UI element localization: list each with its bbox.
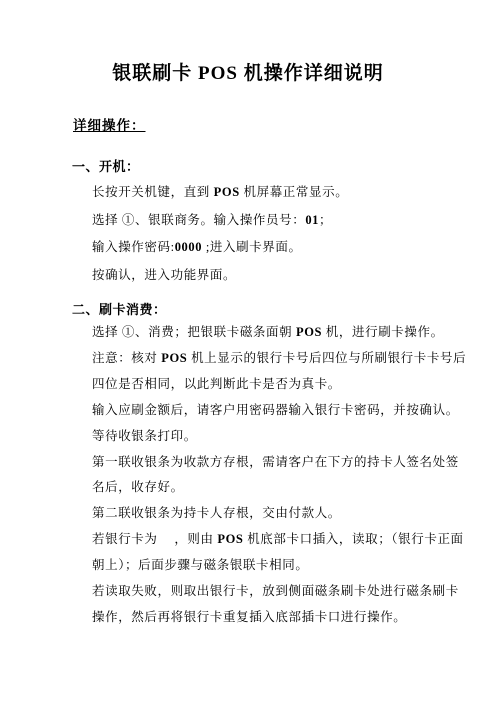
body-text: 机屏幕正常显示。 (240, 185, 349, 199)
body-text: 长按开关机键，直到 (92, 185, 214, 199)
body-text: 若银行卡为 ，则由 (92, 532, 217, 546)
text-line: 选择 ①、消费；把银联卡磁条面朝 POS 机，进行刷卡操作。 (92, 320, 462, 346)
body-text: ;进入刷卡界面。 (202, 240, 302, 254)
body-text: 若读取失败，则取出银行卡，放到侧面磁条刷卡处进行磁条刷卡 (92, 584, 459, 598)
section-heading-power-on: 一、开机： (72, 156, 140, 175)
body-text: 操作，然后再将银行卡重复插入底部插卡口进行操作。 (92, 610, 406, 624)
text-line: 等待收银条打印。 (92, 424, 462, 450)
body-text: 第一联收银条为收款方存根，需请客户在下方的持卡人签名处签 (92, 455, 459, 469)
emphasized-text: POS (214, 185, 240, 199)
document-subtitle: 详细操作： (73, 114, 152, 134)
document-page: 银联刷卡 POS 机操作详细说明 详细操作： 一、开机： 长按开关机键，直到 P… (0, 0, 496, 702)
body-text: 名后，收存好。 (92, 480, 184, 494)
emphasized-text: 01 (305, 213, 319, 227)
body-text: 四位是否相同，以此判断此卡是否为真卡。 (92, 377, 341, 391)
body-text: 等待收银条打印。 (92, 429, 197, 443)
body-text: ； (319, 213, 332, 227)
body-text: 机上显示的银行卡号后四位与所刷银行卡卡号后 (187, 351, 466, 365)
text-line: 朝上）；后面步骤与磁条银联卡相同。 (92, 553, 462, 579)
text-line: 若银行卡为 ，则由 POS 机底部卡口插入，读取；（银行卡正面 (92, 527, 462, 553)
body-text: 输入应刷金额后，请客户用密码器输入银行卡密码，并按确认。 (92, 403, 459, 417)
body-text: 输入操作密码: (92, 240, 175, 254)
text-line: 选择 ①、银联商务。输入操作员号：01； (92, 207, 462, 235)
emphasized-text: POS (217, 532, 243, 546)
emphasized-text: 0000 (175, 240, 202, 254)
text-line: 操作，然后再将银行卡重复插入底部插卡口进行操作。 (92, 605, 462, 631)
text-line: 第一联收银条为收款方存根，需请客户在下方的持卡人签名处签 (92, 450, 462, 476)
body-text: 第二联收银条为持卡人存根，交由付款人。 (92, 506, 341, 520)
body-text: 机，进行刷卡操作。 (322, 325, 444, 339)
body-text: 朝上）；后面步骤与磁条银联卡相同。 (92, 558, 308, 572)
text-line: 输入操作密码:0000 ;进入刷卡界面。 (92, 234, 462, 262)
emphasized-text: POS (296, 325, 322, 339)
emphasized-text: POS (161, 351, 187, 365)
body-text: 按确认，进入功能界面。 (92, 268, 236, 282)
section-heading-card-payment: 二、刷卡消费： (72, 299, 167, 318)
body-text: 机底部卡口插入，读取；（银行卡正面 (243, 532, 463, 546)
body-text: 选择 ①、消费；把银联卡磁条面朝 (92, 325, 296, 339)
text-line: 第二联收银条为持卡人存根，交由付款人。 (92, 501, 462, 527)
body-text: 选择 ①、银联商务。输入操作员号： (92, 213, 305, 227)
text-line: 按确认，进入功能界面。 (92, 262, 462, 290)
document-title: 银联刷卡 POS 机操作详细说明 (0, 58, 496, 85)
section-body-power-on: 长按开关机键，直到 POS 机屏幕正常显示。选择 ①、银联商务。输入操作员号：0… (92, 179, 462, 290)
text-line: 长按开关机键，直到 POS 机屏幕正常显示。 (92, 179, 462, 207)
section-body-card-payment: 选择 ①、消费；把银联卡磁条面朝 POS 机，进行刷卡操作。注意：核对 POS … (92, 320, 462, 631)
text-line: 四位是否相同，以此判断此卡是否为真卡。 (92, 372, 462, 398)
body-text: 注意：核对 (92, 351, 161, 365)
text-line: 输入应刷金额后，请客户用密码器输入银行卡密码，并按确认。 (92, 398, 462, 424)
text-line: 若读取失败，则取出银行卡，放到侧面磁条刷卡处进行磁条刷卡 (92, 579, 462, 605)
text-line: 注意：核对 POS 机上显示的银行卡号后四位与所刷银行卡卡号后 (92, 346, 462, 372)
text-line: 名后，收存好。 (92, 475, 462, 501)
